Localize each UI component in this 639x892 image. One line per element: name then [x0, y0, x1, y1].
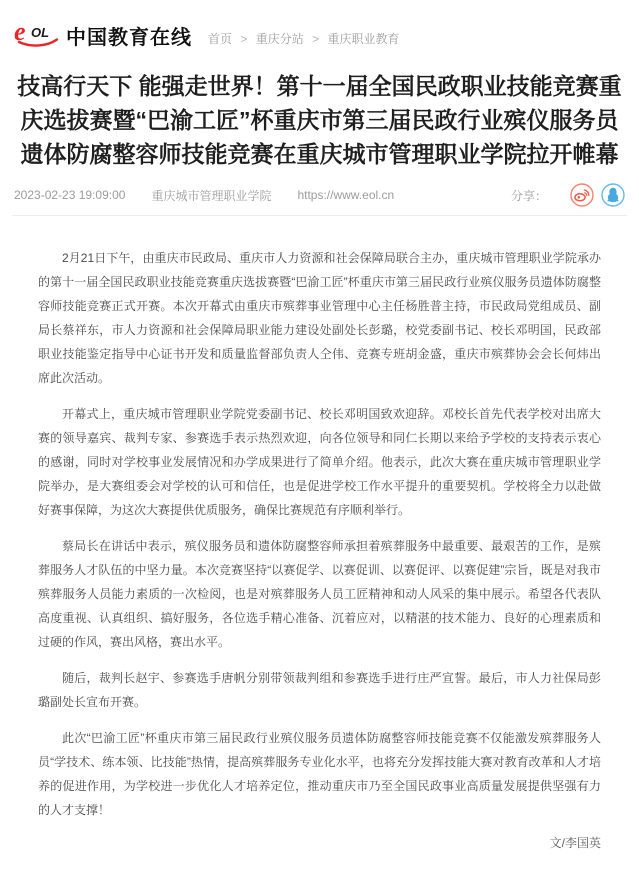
paragraph: 此次“巴渝工匠”杯重庆市第三届民政行业殡仪服务员遗体防腐整容师技能竞赛不仅能激发…	[38, 726, 601, 822]
weibo-share-icon[interactable]	[570, 183, 594, 207]
breadcrumb-item-home[interactable]: 首页	[208, 32, 232, 46]
qq-share-icon[interactable]	[601, 183, 625, 207]
breadcrumb-separator: >	[235, 32, 252, 46]
site-name: 中国教育在线	[66, 21, 192, 50]
meta-source: 重庆城市管理职业学院	[151, 187, 271, 204]
share-label: 分享：	[511, 187, 547, 204]
breadcrumb-item-vocational-edu[interactable]: 重庆职业教育	[327, 32, 399, 46]
eol-logo-icon: e OL	[14, 18, 60, 53]
paragraph: 蔡局长在讲话中表示，殡仪服务员和遗体防腐整容师承担着殡葬服务中最重要、最艰苦的工…	[38, 534, 601, 654]
breadcrumb-item-chongqing-branch[interactable]: 重庆分站	[256, 32, 304, 46]
site-header: e OL 中国教育在线 首页 > 重庆分站 > 重庆职业教育	[0, 0, 639, 53]
eol-logo[interactable]: e OL 中国教育在线	[14, 18, 192, 53]
article-meta-bar: 2023-02-23 19:09:00 重庆城市管理职业学院 https://w…	[14, 181, 625, 209]
breadcrumb-separator: >	[307, 32, 324, 46]
meta-divider	[12, 215, 627, 216]
breadcrumb: 首页 > 重庆分站 > 重庆职业教育	[208, 30, 399, 47]
meta-url-link[interactable]: https://www.eol.cn	[297, 188, 394, 202]
meta-datetime: 2023-02-23 19:09:00	[14, 188, 125, 202]
article-title: 技高行天下 能强走世界！第十一届全国民政职业技能竞赛重庆选拔赛暨“巴渝工匠”杯重…	[14, 69, 625, 171]
byline: 文/李国英	[38, 834, 601, 851]
paragraph: 2月21日下午，由重庆市民政局、重庆市人力资源和社会保障局联合主办，重庆城市管理…	[38, 246, 601, 390]
article-body: 2月21日下午，由重庆市民政局、重庆市人力资源和社会保障局联合主办，重庆城市管理…	[38, 246, 601, 851]
paragraph: 随后，裁判长赵宇、参赛选手唐帆分别带领裁判组和参赛选手进行庄严宣誓。最后，市人力…	[38, 666, 601, 714]
paragraph: 开幕式上，重庆城市管理职业学院党委副书记、校长邓明国致欢迎辞。邓校长首先代表学校…	[38, 402, 601, 522]
share-bar: 分享：	[511, 183, 625, 207]
svg-text:OL: OL	[31, 25, 49, 40]
